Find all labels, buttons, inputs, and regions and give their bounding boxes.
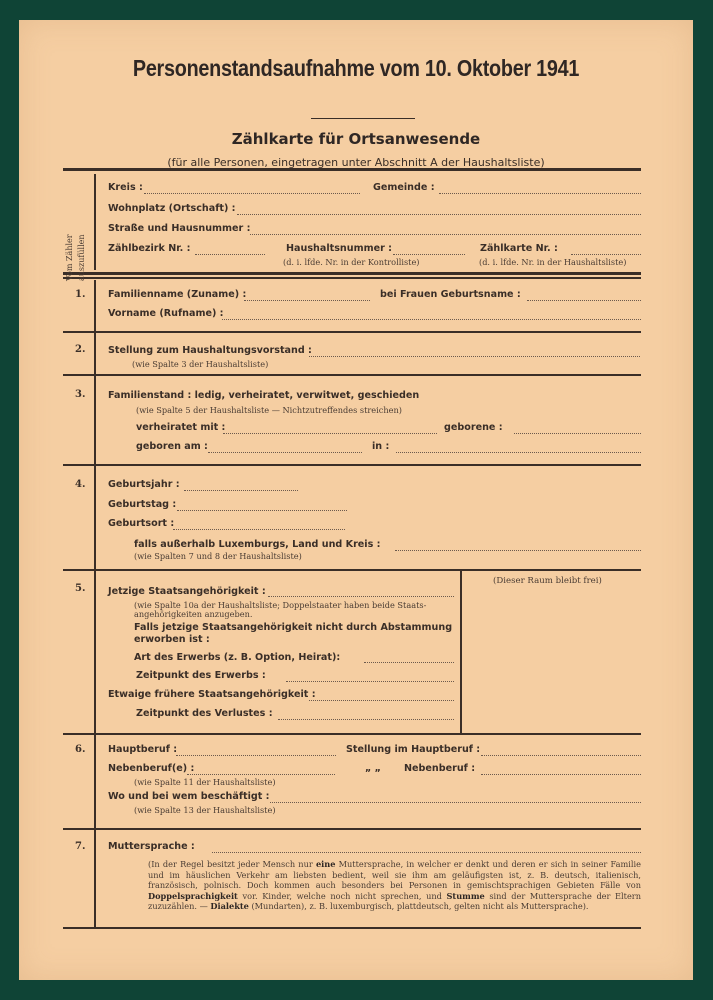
stellung-hauptberuf-field[interactable] <box>481 755 641 756</box>
nebenberuf-field[interactable] <box>187 774 335 775</box>
jetzige-staatsangehoerigkeit-label: Jetzige Staatsangehörigkeit : <box>108 586 266 597</box>
section-2-number: 2. <box>75 344 85 355</box>
vorname-label: Vorname (Rufname) : <box>108 308 224 319</box>
fruehere-staatsangehoerigkeit-field[interactable] <box>309 700 454 701</box>
stellung-label: Stellung zum Haushaltungsvorstand : <box>108 345 312 356</box>
rule-after-s2 <box>63 374 641 376</box>
zeitpunkt-verlust-field[interactable] <box>278 719 454 720</box>
beschaeftigt-label: Wo und bei wem beschäftigt : <box>108 791 270 802</box>
ausserhalb-label: falls außerhalb Luxemburgs, Land und Kre… <box>134 539 380 550</box>
wohnplatz-field[interactable] <box>237 214 641 215</box>
vorname-field[interactable] <box>222 319 641 320</box>
para-bold-dialekte: Dialekte <box>210 901 249 911</box>
strasse-label: Straße und Hausnummer : <box>108 223 250 234</box>
geburtsort-label: Geburtsort : <box>108 518 174 529</box>
hauptberuf-field[interactable] <box>176 755 336 756</box>
para-bold-doppelsprachigkeit: Doppelsprachigkeit <box>148 891 238 901</box>
enumerator-side-label: Vom Zähler auszufüllen <box>63 205 93 285</box>
zaehlbezirk-field[interactable] <box>195 254 265 255</box>
document-subtitle: Zählkarte für Ortsanwesende <box>19 130 693 148</box>
rule-bottom <box>63 927 641 929</box>
zeitpunkt-erwerb-field[interactable] <box>286 681 454 682</box>
in-label: in : <box>372 441 389 452</box>
rule-after-s4 <box>63 569 641 571</box>
rule-after-enumerator <box>63 272 641 275</box>
geburtsname-label: bei Frauen Geburtsname : <box>380 289 521 300</box>
geburtsjahr-label: Geburtsjahr : <box>108 479 180 490</box>
kreis-field[interactable] <box>144 193 360 194</box>
section-1-number: 1. <box>75 289 85 300</box>
geburtstag-label: Geburtstag : <box>108 499 176 510</box>
art-erwerb-field[interactable] <box>364 662 454 663</box>
geboren-am-field[interactable] <box>208 452 362 453</box>
para-text-3: vor. Kinder, welche noch nicht sprechen,… <box>238 891 447 901</box>
jetzige-staatsangehoerigkeit-field[interactable] <box>268 596 454 597</box>
nebenberuf-note: (wie Spalte 11 der Haushaltsliste) <box>134 777 276 787</box>
zaehlbezirk-label: Zählbezirk Nr. : <box>108 243 190 254</box>
geborene-label: geborene : <box>444 422 503 433</box>
zaehlkarte-note: (d. i. lfde. Nr. in der Haushaltsliste) <box>479 257 626 267</box>
ditto-marks: „ „ <box>365 763 381 774</box>
gemeinde-label: Gemeinde : <box>373 182 435 193</box>
familienname-label: Familienname (Zuname) : <box>108 289 246 300</box>
section-4-number: 4. <box>75 479 85 490</box>
familienstand-note: (wie Spalte 5 der Haushaltsliste — Nicht… <box>136 405 402 415</box>
rule-top <box>63 168 641 171</box>
zaehlkarte-label: Zählkarte Nr. : <box>480 243 558 254</box>
geburtsname-field[interactable] <box>527 300 641 301</box>
familienname-field[interactable] <box>244 300 370 301</box>
fruehere-staatsangehoerigkeit-label: Etwaige frühere Staatsangehörigkeit : <box>108 689 316 700</box>
strasse-field[interactable] <box>250 234 641 235</box>
column-divider-enumerator <box>94 174 96 270</box>
section-3-number: 3. <box>75 389 85 400</box>
side-label-line2: auszufüllen <box>77 234 86 281</box>
verheiratet-mit-label: verheiratet mit : <box>136 422 225 433</box>
rule-after-s6 <box>63 828 641 830</box>
wohnplatz-label: Wohnplatz (Ortschaft) : <box>108 203 236 214</box>
rule-after-s5 <box>63 733 641 735</box>
kreis-label: Kreis : <box>108 182 143 193</box>
haushaltsnummer-note: (d. i. lfde. Nr. in der Kontrolliste) <box>283 257 420 267</box>
ausserhalb-note: (wie Spalten 7 und 8 der Haushaltsliste) <box>134 551 302 561</box>
falls-label-line1: Falls jetzige Staatsangehörigkeit nicht … <box>134 622 452 633</box>
jetzige-note-line2: angehörigkeiten anzugeben. <box>134 609 252 619</box>
geburtsjahr-field[interactable] <box>184 490 298 491</box>
rule-after-s1 <box>63 331 641 333</box>
geboren-am-label: geboren am : <box>136 441 208 452</box>
familienstand-label: Familienstand : ledig, verheiratet, verw… <box>108 390 419 401</box>
haushaltsnummer-label: Haushaltsnummer : <box>286 243 392 254</box>
verheiratet-mit-field[interactable] <box>223 433 437 434</box>
stellung-note: (wie Spalte 3 der Haushaltsliste) <box>132 359 268 369</box>
stellung-nebenberuf-label: Nebenberuf : <box>404 763 475 774</box>
art-erwerb-label: Art des Erwerbs (z. B. Option, Heirat): <box>134 652 340 663</box>
rule-after-enumerator-2 <box>63 277 641 279</box>
gemeinde-field[interactable] <box>439 193 641 194</box>
census-card-paper: Personenstandsaufnahme vom 10. Oktober 1… <box>19 20 693 980</box>
section-5-number: 5. <box>75 583 85 594</box>
section5-free-space-divider <box>460 569 462 734</box>
rule-after-s3 <box>63 464 641 466</box>
beschaeftigt-field[interactable] <box>270 802 641 803</box>
free-space-note: (Dieser Raum bleibt frei) <box>493 576 602 586</box>
geburtstag-field[interactable] <box>177 510 347 511</box>
falls-label-line2: erworben ist : <box>134 634 210 645</box>
para-text-5: (Mundarten), z. B. luxemburgisch, plattd… <box>249 901 589 911</box>
ausserhalb-field[interactable] <box>395 550 641 551</box>
stellung-field[interactable] <box>309 356 640 357</box>
nebenberuf-label: Nebenberuf(e) : <box>108 763 194 774</box>
geborene-field[interactable] <box>514 433 641 434</box>
zeitpunkt-verlust-label: Zeitpunkt des Verlustes : <box>136 708 273 719</box>
section-7-number: 7. <box>75 841 85 852</box>
muttersprache-field[interactable] <box>212 852 641 853</box>
zeitpunkt-erwerb-label: Zeitpunkt des Erwerbs : <box>136 670 266 681</box>
para-text-1: (In der Regel besitzt jeder Mensch nur <box>148 859 316 869</box>
hauptberuf-label: Hauptberuf : <box>108 744 177 755</box>
document-title: Personenstandsaufnahme vom 10. Oktober 1… <box>66 55 646 82</box>
geburtsort-ehepartner-field[interactable] <box>396 452 641 453</box>
muttersprache-explanation: (In der Regel besitzt jeder Mensch nur e… <box>148 859 641 912</box>
section-6-number: 6. <box>75 744 85 755</box>
zaehlkarte-field[interactable] <box>571 254 641 255</box>
muttersprache-label: Muttersprache : <box>108 841 195 852</box>
para-bold-eine: eine <box>316 859 335 869</box>
stellung-hauptberuf-label: Stellung im Hauptberuf : <box>346 744 480 755</box>
column-divider-sections <box>94 280 96 928</box>
para-bold-stumme: Stumme <box>447 891 485 901</box>
side-label-line1: Vom Zähler <box>65 234 74 281</box>
stellung-nebenberuf-field[interactable] <box>481 774 641 775</box>
title-divider <box>311 118 415 119</box>
haushaltsnummer-field[interactable] <box>393 254 465 255</box>
geburtsort-field[interactable] <box>173 529 345 530</box>
beschaeftigt-note: (wie Spalte 13 der Haushaltsliste) <box>134 805 276 815</box>
